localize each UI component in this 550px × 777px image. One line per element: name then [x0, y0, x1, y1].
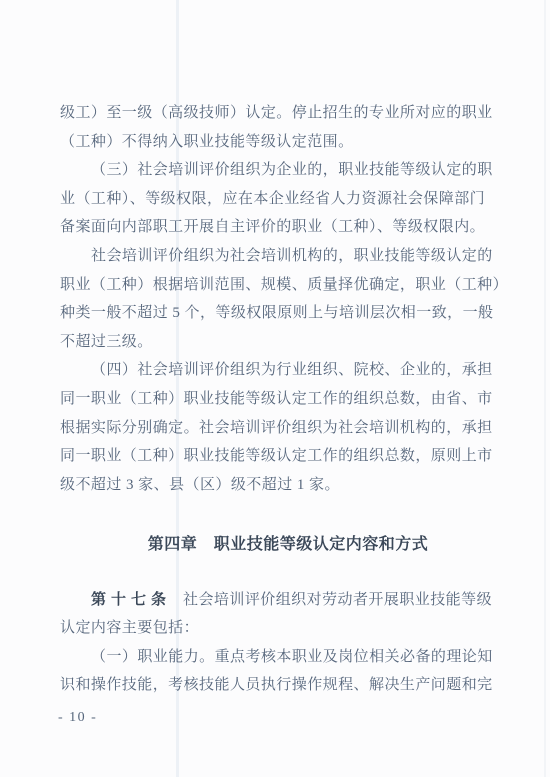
page-number: - 10 -	[58, 704, 97, 732]
text-line: 社会培训评价组织为社会培训机构的，职业技能等级认定的	[60, 242, 496, 271]
text-line: 同一职业（工种）职业技能等级认定工作的组织总数，原则上市	[60, 442, 496, 471]
text-line: （工种）不得纳入职业技能等级认定范围。	[60, 128, 496, 157]
text-line: （四）社会培训评价组织为行业组织、院校、企业的，承担	[60, 356, 496, 385]
text-line: 根据实际分别确定。社会培训评价组织为社会培训机构的，承担	[60, 414, 496, 443]
text-line: （三）社会培训评价组织为企业的，职业技能等级认定的职	[60, 156, 496, 185]
text-line: 不超过三级。	[60, 328, 496, 357]
page-edge-streak	[544, 0, 546, 777]
text-line: 识和操作技能，考核技能人员执行操作规程、解决生产问题和完	[60, 671, 496, 700]
article-number: 第十七条	[91, 591, 171, 608]
chapter-heading: 第四章 职业技能等级认定内容和方式	[70, 531, 506, 560]
document-page: 级工）至一级（高级技师）认定。停止招生的专业所对应的职业 （工种）不得纳入职业技…	[0, 0, 550, 777]
text-line: 职业（工种）根据培训范围、规模、质量择优确定，职业（工种）	[60, 271, 496, 300]
text-line: 认定内容主要包括：	[60, 614, 496, 643]
text-line: （一）职业能力。重点考核本职业及岗位相关必备的理论知	[60, 643, 496, 672]
text-line: 业（工种）、等级权限，应在本企业经省人力资源社会保障部门	[60, 185, 496, 214]
article-line: 第十七条社会培训评价组织对劳动者开展职业技能等级	[60, 586, 496, 615]
page-body: 级工）至一级（高级技师）认定。停止招生的专业所对应的职业 （工种）不得纳入职业技…	[60, 99, 496, 700]
text-line: 级工）至一级（高级技师）认定。停止招生的专业所对应的职业	[60, 99, 496, 128]
text-line: 备案面向内部职工开展自主评价的职业（工种）、等级权限内。	[60, 213, 496, 242]
text-line: 同一职业（工种）职业技能等级认定工作的组织总数，由省、市	[60, 385, 496, 414]
text-line: 级不超过 3 家、县（区）级不超过 1 家。	[60, 471, 496, 500]
text-line: 种类一般不超过 5 个，等级权限原则上与培训层次相一致，一般	[60, 299, 496, 328]
article-text: 社会培训评价组织对劳动者开展职业技能等级	[183, 592, 492, 608]
